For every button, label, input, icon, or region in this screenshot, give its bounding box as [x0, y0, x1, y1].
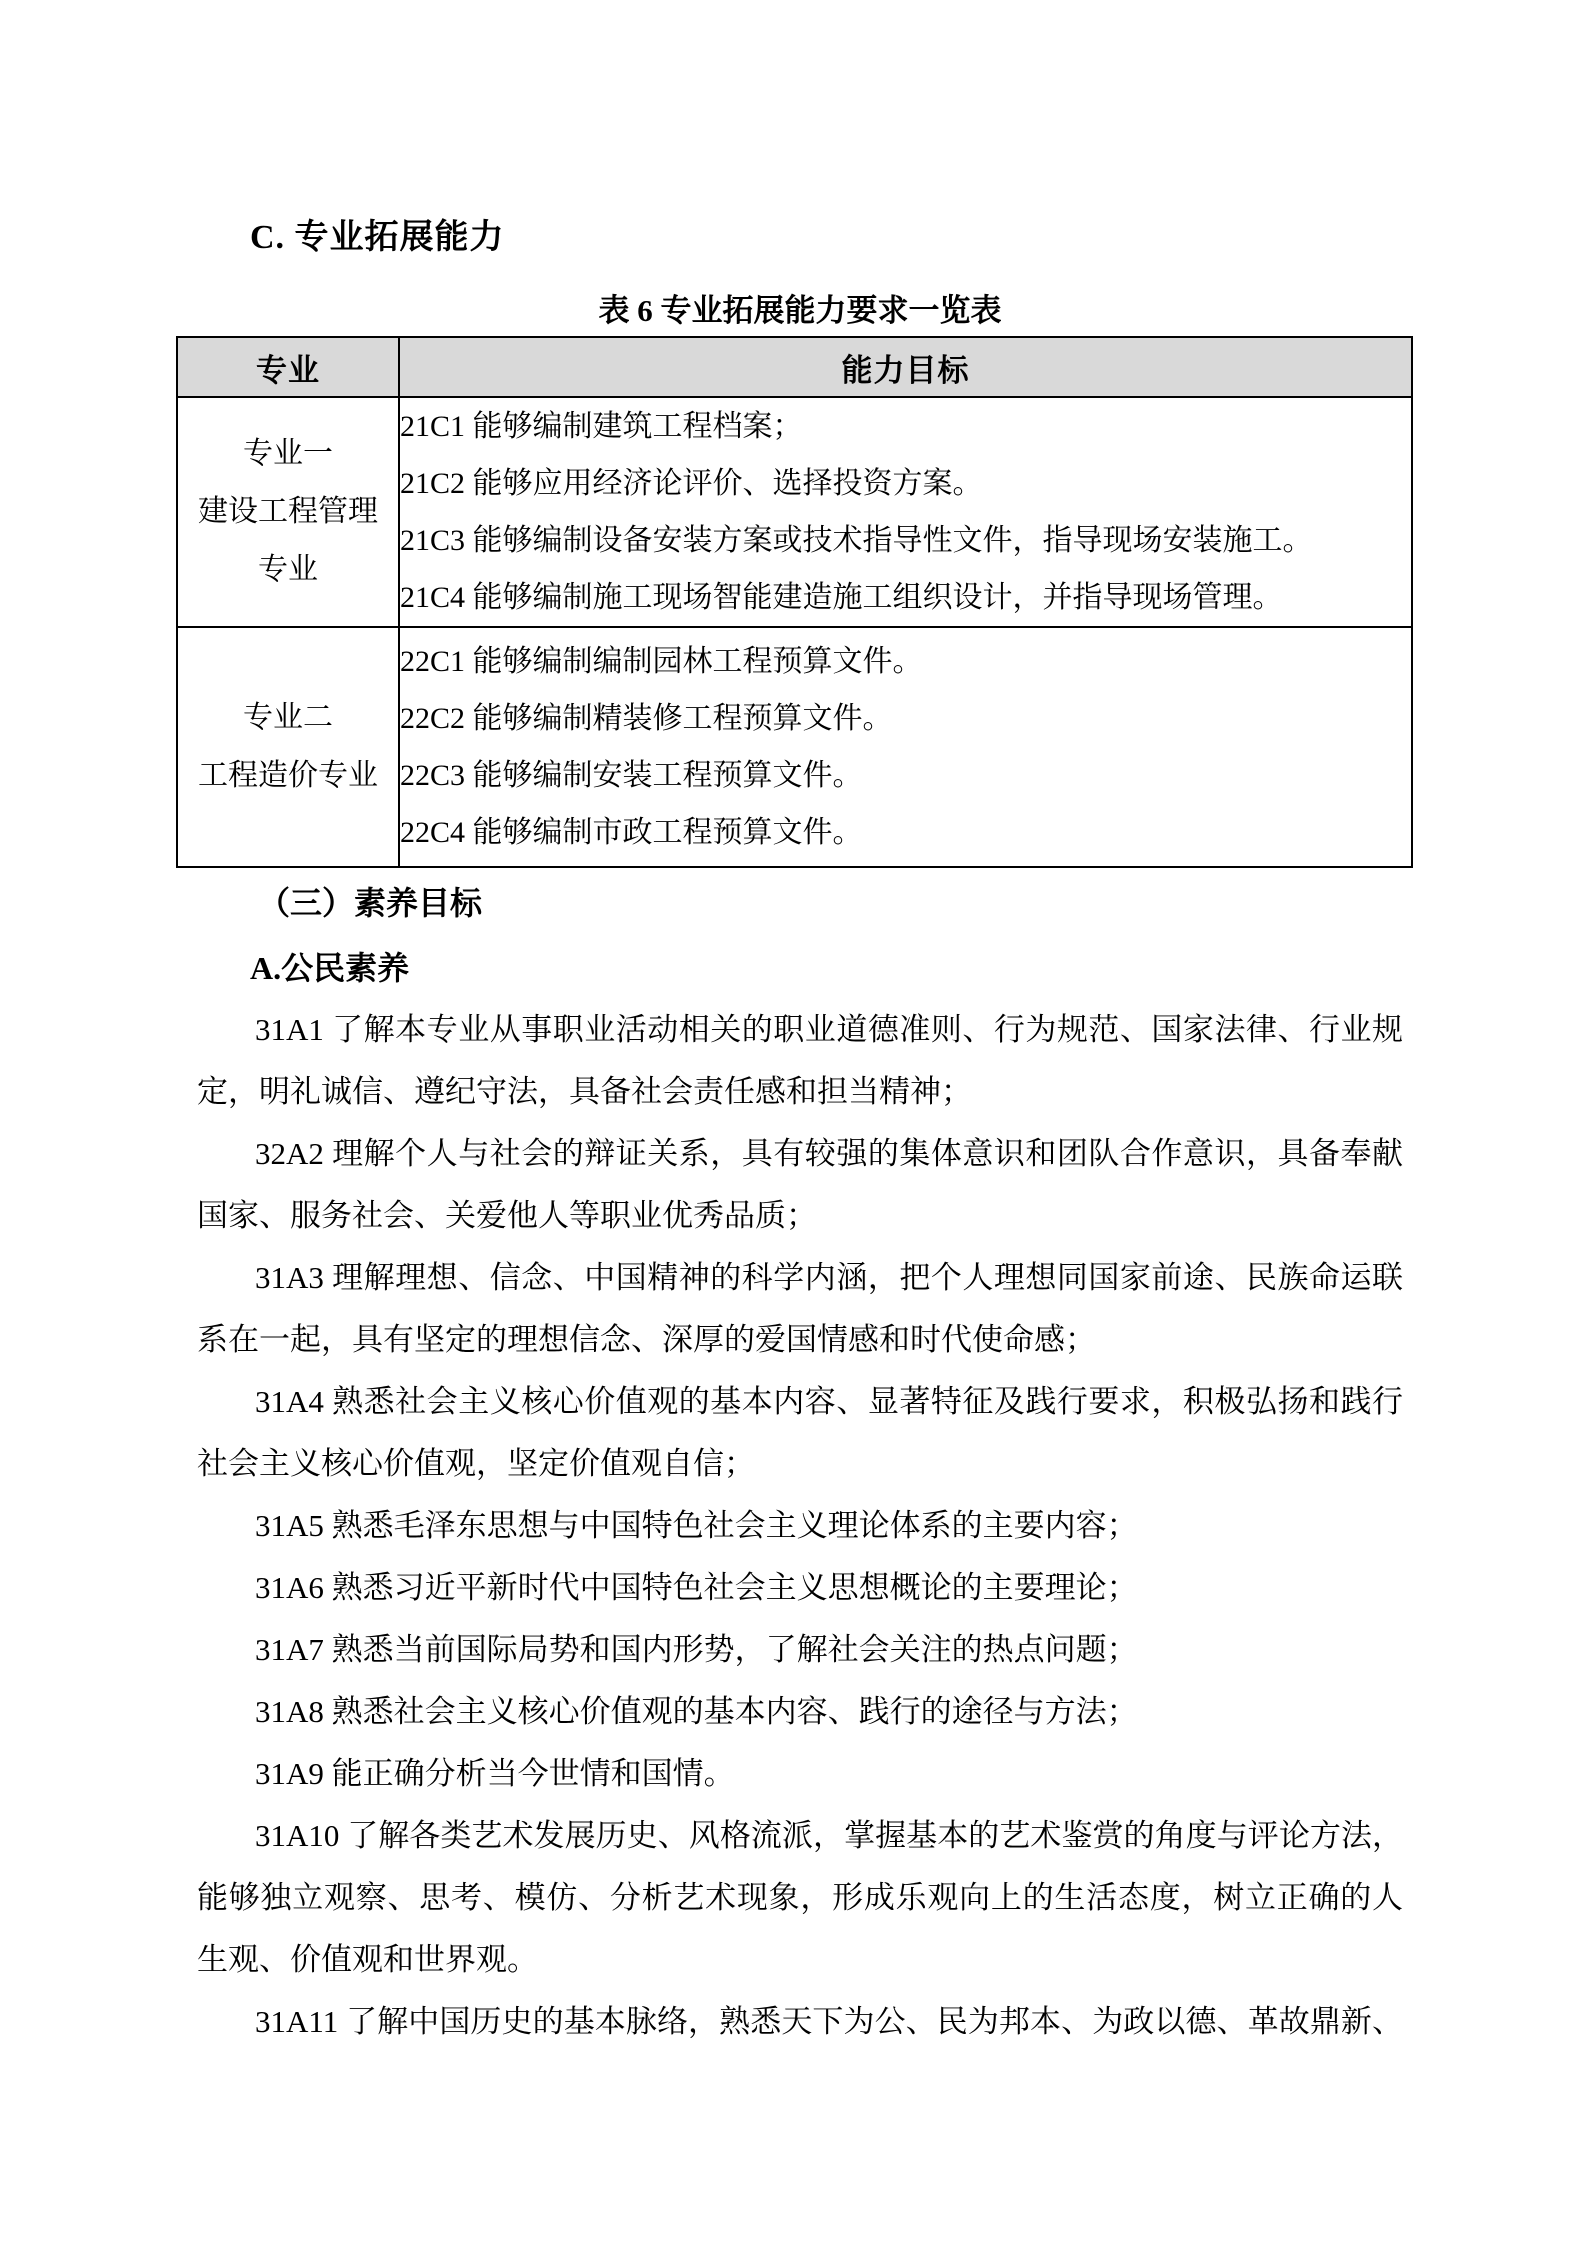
items-cell-1: 21C1 能够编制建筑工程档案； 21C2 能够应用经济论评价、选择投资方案。 …	[399, 397, 1412, 627]
capability-item: 21C1 能够编制建筑工程档案；	[400, 398, 1411, 455]
capability-item: 22C2 能够编制精装修工程预算文件。	[400, 690, 1411, 747]
body-line: 31A8 熟悉社会主义核心价值观的基本内容、践行的途径与方法；	[197, 1681, 1403, 1743]
document-page: C. 专业拓展能力 表 6 专业拓展能力要求一览表 专业 能力目标 专业一 建设…	[0, 0, 1587, 2245]
capability-item: 22C3 能够编制安装工程预算文件。	[400, 747, 1411, 804]
body-line: 国家、服务社会、关爱他人等职业优秀品质；	[197, 1185, 1403, 1247]
major-line: 专业二	[178, 689, 398, 747]
body-line: 31A1 了解本专业从事职业活动相关的职业道德准则、行为规范、国家法律、行业规	[197, 999, 1403, 1061]
major-line: 专业一	[178, 425, 398, 483]
table-header-row: 专业 能力目标	[177, 337, 1412, 397]
capability-item: 21C2 能够应用经济论评价、选择投资方案。	[400, 455, 1411, 512]
body-line: 31A6 熟悉习近平新时代中国特色社会主义思想概论的主要理论；	[197, 1557, 1403, 1619]
col-header-capability-target: 能力目标	[399, 337, 1412, 397]
body-line: 31A10 了解各类艺术发展历史、风格流派，掌握基本的艺术鉴赏的角度与评论方法，	[197, 1805, 1403, 1867]
body-line: 32A2 理解个人与社会的辩证关系，具有较强的集体意识和团队合作意识，具备奉献	[197, 1123, 1403, 1185]
body-line: 31A9 能正确分析当今世情和国情。	[197, 1743, 1403, 1805]
table-row: 专业二 工程造价专业 22C1 能够编制编制园林工程预算文件。 22C2 能够编…	[177, 627, 1412, 867]
heading-professional-expansion: C. 专业拓展能力	[250, 209, 505, 258]
body-line: 系在一起，具有坚定的理想信念、深厚的爱国情感和时代使命感；	[197, 1309, 1403, 1371]
heading-citizen-quality: A.公民素养	[250, 943, 409, 989]
capability-table: 专业 能力目标 专业一 建设工程管理 专业 21C1 能够编制建筑工程档案； 2…	[176, 336, 1413, 868]
body-line: 31A5 熟悉毛泽东思想与中国特色社会主义理论体系的主要内容；	[197, 1495, 1403, 1557]
items-cell-2: 22C1 能够编制编制园林工程预算文件。 22C2 能够编制精装修工程预算文件。…	[399, 627, 1412, 867]
capability-item: 21C3 能够编制设备安装方案或技术指导性文件，指导现场安装施工。	[400, 512, 1411, 569]
major-cell-2: 专业二 工程造价专业	[177, 627, 399, 867]
capability-item: 22C4 能够编制市政工程预算文件。	[400, 804, 1411, 861]
table-caption: 表 6 专业拓展能力要求一览表	[197, 285, 1403, 330]
major-cell-1: 专业一 建设工程管理 专业	[177, 397, 399, 627]
body-line: 社会主义核心价值观，坚定价值观自信；	[197, 1433, 1403, 1495]
col-header-major: 专业	[177, 337, 399, 397]
body-line: 生观、价值观和世界观。	[197, 1929, 1403, 1991]
body-line: 31A3 理解理想、信念、中国精神的科学内涵，把个人理想同国家前途、民族命运联	[197, 1247, 1403, 1309]
heading-quality-targets: （三）素养目标	[258, 878, 482, 924]
body-line: 31A11 了解中国历史的基本脉络，熟悉天下为公、民为邦本、为政以德、革故鼎新、	[197, 1991, 1403, 2053]
body-line: 31A4 熟悉社会主义核心价值观的基本内容、显著特征及践行要求，积极弘扬和践行	[197, 1371, 1403, 1433]
major-line: 工程造价专业	[178, 747, 398, 805]
body-line: 定，明礼诚信、遵纪守法，具备社会责任感和担当精神；	[197, 1061, 1403, 1123]
major-line: 专业	[178, 541, 398, 599]
body-text: 31A1 了解本专业从事职业活动相关的职业道德准则、行为规范、国家法律、行业规 …	[197, 999, 1403, 2053]
body-line: 31A7 熟悉当前国际局势和国内形势，了解社会关注的热点问题；	[197, 1619, 1403, 1681]
body-line: 能够独立观察、思考、模仿、分析艺术现象，形成乐观向上的生活态度，树立正确的人	[197, 1867, 1403, 1929]
major-line: 建设工程管理	[178, 483, 398, 541]
table-row: 专业一 建设工程管理 专业 21C1 能够编制建筑工程档案； 21C2 能够应用…	[177, 397, 1412, 627]
capability-item: 22C1 能够编制编制园林工程预算文件。	[400, 633, 1411, 690]
capability-item: 21C4 能够编制施工现场智能建造施工组织设计，并指导现场管理。	[400, 569, 1411, 626]
